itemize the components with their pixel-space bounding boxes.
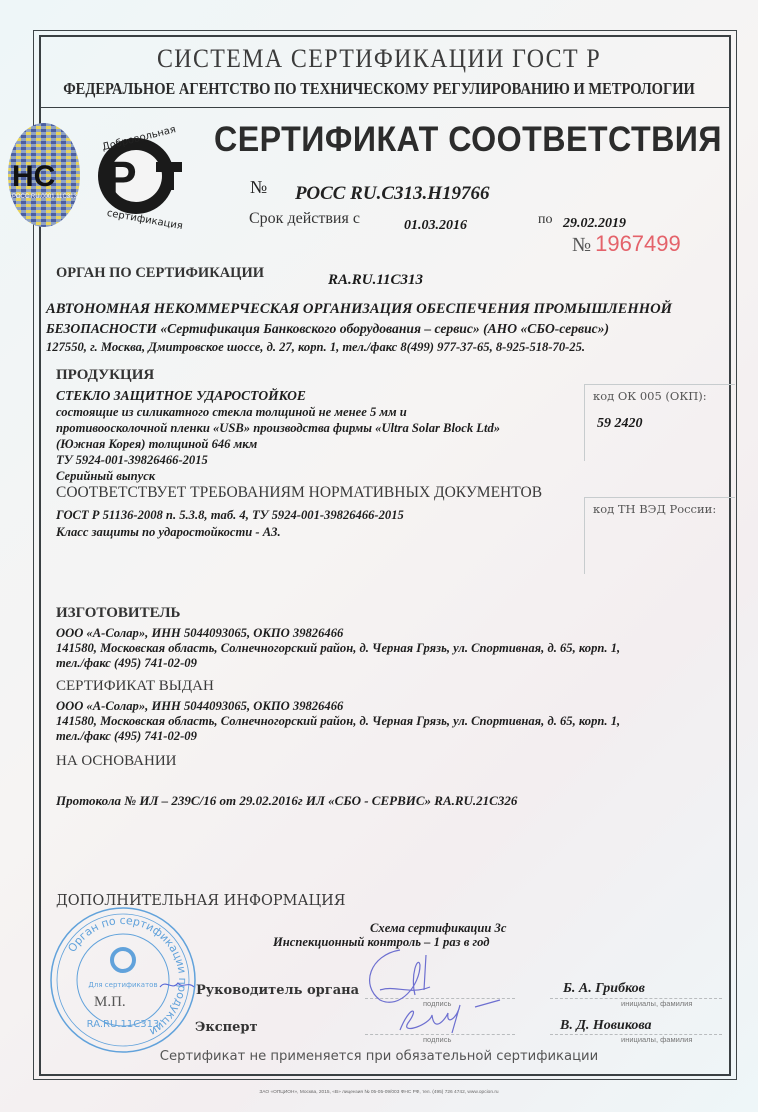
svg-text:РОСС RU.0001.11С313: РОСС RU.0001.11С313	[12, 194, 77, 200]
serial-label: №	[572, 234, 591, 256]
valid-to-label: по	[538, 212, 553, 228]
number-label: №	[250, 177, 267, 198]
product-line: противоосколочной пленки «USB» производс…	[56, 421, 500, 436]
issued-to-line: 141580, Московская область, Солнечногорс…	[56, 714, 620, 729]
certification-body-label: ОРГАН ПО СЕРТИФИКАЦИИ	[56, 265, 264, 282]
compliance-line: Класс защиты по ударостойкости - А3.	[56, 525, 281, 540]
printer-info: ЗАО «ОПЦИОН», Москва, 2015, «В» лицензия…	[0, 1090, 758, 1095]
valid-to: 29.02.2019	[563, 216, 626, 232]
basis-text: Протокола № ИЛ – 239С/16 от 29.02.2016г …	[56, 793, 517, 809]
serial-number: №1967499	[572, 231, 681, 257]
certification-scheme: Схема сертификации 3с	[370, 921, 506, 936]
issued-to-line: тел./факс (495) 741-02-09	[56, 729, 197, 744]
svg-text:P: P	[106, 152, 137, 204]
expert-name: В. Д. Новикова	[560, 1018, 652, 1034]
head-label: Руководитель органа	[196, 983, 359, 998]
signature-icon	[360, 945, 520, 1045]
agency-title: ФЕДЕРАЛЬНОЕ АГЕНТСТВО ПО ТЕХНИЧЕСКОМУ РЕ…	[45, 79, 712, 99]
tn-ved-code-label: код ТН ВЭД России:	[593, 502, 716, 516]
valid-from: 01.03.2016	[404, 218, 467, 234]
manufacturer-heading: ИЗГОТОВИТЕЛЬ	[56, 605, 180, 622]
manufacturer-line: тел./факс (495) 741-02-09	[56, 656, 197, 671]
svg-text:НС: НС	[12, 160, 55, 193]
serial-value: 1967499	[595, 231, 681, 256]
expert-name-caption: инициалы, фамилия	[621, 1035, 692, 1044]
product-heading: ПРОДУКЦИЯ	[56, 367, 154, 384]
certification-body-line: БЕЗОПАСНОСТИ «Сертификация Банковского о…	[46, 321, 609, 337]
svg-text:RA.RU.11С313: RA.RU.11С313	[87, 1019, 160, 1030]
basis-heading: НА ОСНОВАНИИ	[56, 753, 177, 770]
manufacturer-line: ООО «А-Солар», ИНН 5044093065, ОКПО 3982…	[56, 626, 343, 641]
okp-code-label: код ОК 005 (ОКП):	[593, 389, 707, 403]
certification-body-code: RA.RU.11С313	[328, 272, 423, 289]
expert-label: Эксперт	[195, 1020, 258, 1035]
certificate-number: РОСС RU.С313.Н19766	[295, 183, 490, 205]
issued-to-line: ООО «А-Солар», ИНН 5044093065, ОКПО 3982…	[56, 699, 343, 714]
product-line: Серийный выпуск	[56, 469, 155, 484]
product-line: СТЕКЛО ЗАЩИТНОЕ УДАРОСТОЙКОЕ	[56, 388, 306, 404]
initials-icon	[158, 975, 198, 995]
validity-label: Срок действия с	[249, 210, 360, 228]
product-line: состоящие из силикатного стекла толщиной…	[56, 405, 407, 420]
okp-code-value: 59 2420	[597, 416, 643, 432]
system-title: СИСТЕМА СЕРТИФИКАЦИИ ГОСТ Р	[30, 44, 727, 74]
manufacturer-line: 141580, Московская область, Солнечногорс…	[56, 641, 620, 656]
certification-body-line: АВТОНОМНАЯ НЕКОММЕРЧЕСКАЯ ОРГАНИЗАЦИЯ ОБ…	[46, 301, 672, 318]
compliance-line: ГОСТ Р 51136-2008 п. 5.3.8, таб. 4, ТУ 5…	[56, 508, 404, 523]
header-divider	[40, 107, 730, 108]
head-name: Б. А. Грибков	[563, 981, 645, 997]
product-line: (Южная Корея) толщиной 646 мкм	[56, 437, 257, 452]
issued-to-heading: СЕРТИФИКАТ ВЫДАН	[56, 678, 214, 695]
rst-logo-icon: НС РОСС RU.0001.11С313 P Добровольная се…	[6, 120, 186, 230]
head-name-caption: инициалы, фамилия	[621, 999, 692, 1008]
seal-label: М.П.	[94, 994, 126, 1011]
tn-ved-code-box: код ТН ВЭД России:	[584, 497, 735, 574]
certificate-title: СЕРТИФИКАТ СООТВЕТСТВИЯ	[214, 120, 722, 160]
footer-note: Сертификат не применяется при обязательн…	[0, 1049, 758, 1064]
product-line: ТУ 5924-001-39826466-2015	[56, 453, 208, 468]
svg-text:Для сертификатов: Для сертификатов	[88, 981, 157, 989]
compliance-heading: СООТВЕТСТВУЕТ ТРЕБОВАНИЯМ НОРМАТИВНЫХ ДО…	[56, 484, 542, 502]
certification-body-line: 127550, г. Москва, Дмитровское шоссе, д.…	[46, 340, 585, 355]
